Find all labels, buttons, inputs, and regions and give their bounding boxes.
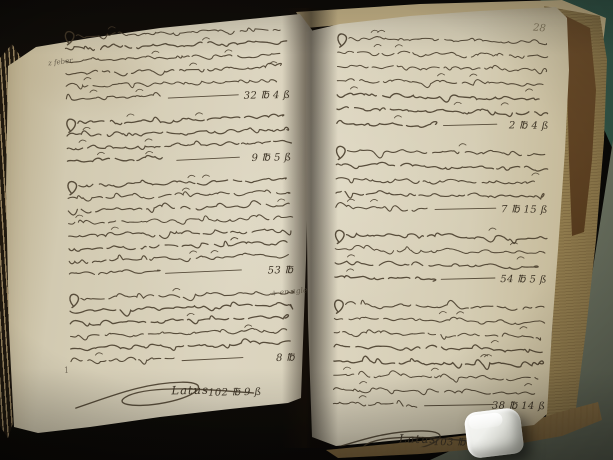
gutter-shadow [282,8,338,448]
marginal-note-bottom-left: 1 [64,366,69,375]
manuscript-photo: 32 ℔ 4 ß9 ℔ 5 ß53 ℔8 ℔Latus102 ℔ 9 ß 2 ℔… [0,0,613,460]
handwriting-stroke [108,27,115,29]
eraser-object [463,407,524,459]
page-number: 28 [533,23,546,35]
